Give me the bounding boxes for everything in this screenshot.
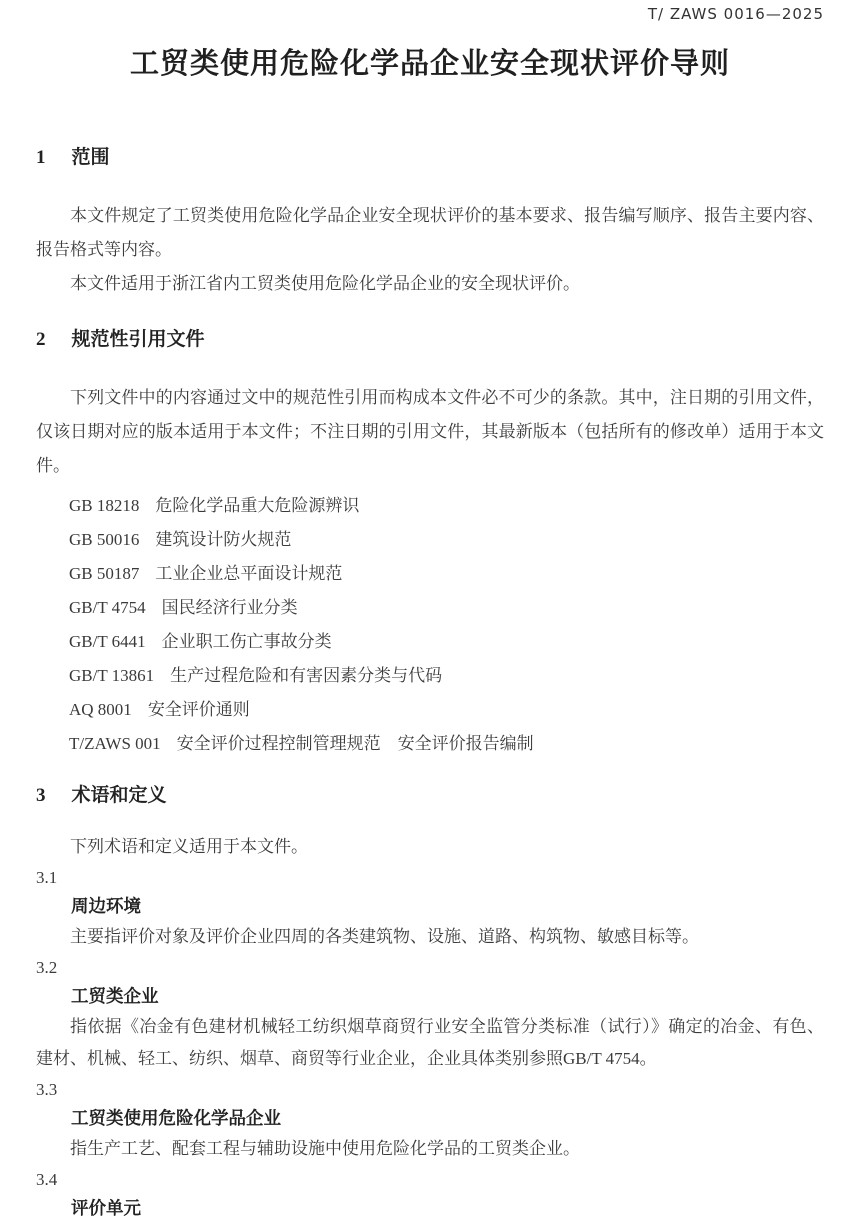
reference-title: 企业职工伤亡事故分类 [162,632,332,651]
term-block: 3.1 周边环境 主要指评价对象及评价企业四周的各类建筑物、设施、道路、构筑物、… [36,863,824,953]
section-3-heading: 3术语和定义 [36,783,824,809]
section-1-title: 范围 [72,147,110,168]
term-name: 工贸类企业 [71,982,824,1011]
reference-code: GB 50016 [69,523,139,557]
reference-item: T/ZAWS 001安全评价过程控制管理规范 安全评价报告编制 [69,727,824,761]
term-definition: 指生产工艺、配套工程与辅助设施中使用危险化学品的工贸类企业。 [36,1133,824,1165]
reference-title: 安全评价过程控制管理规范 安全评价报告编制 [177,734,534,753]
section-scope: 1范围 本文件规定了工贸类使用危险化学品企业安全现状评价的基本要求、报告编写顺序… [36,145,824,301]
section-1-heading: 1范围 [36,145,824,171]
term-definition: 主要指评价对象及评价企业四周的各类建筑物、设施、道路、构筑物、敏感目标等。 [36,921,824,953]
scope-paragraph-1: 本文件规定了工贸类使用危险化学品企业安全现状评价的基本要求、报告编写顺序、报告主… [36,199,824,267]
document-title: 工贸类使用危险化学品企业安全现状评价导则 [36,45,824,83]
reference-code: AQ 8001 [69,693,132,727]
section-2-heading: 2规范性引用文件 [36,327,824,353]
reference-item: GB/T 13861生产过程危险和有害因素分类与代码 [69,659,824,693]
reference-item: GB 50016建筑设计防火规范 [69,523,824,557]
reference-item: GB/T 6441企业职工伤亡事故分类 [69,625,824,659]
reference-list: GB 18218危险化学品重大危险源辨识 GB 50016建筑设计防火规范 GB… [36,489,824,761]
reference-title: 危险化学品重大危险源辨识 [155,496,359,515]
reference-code: GB/T 6441 [69,625,146,659]
term-definition: 指依据《冶金有色建材机械轻工纺织烟草商贸行业安全监管分类标准（试行）》确定的冶金… [36,1011,824,1075]
term-name: 周边环境 [71,892,824,921]
section-1-number: 1 [36,145,46,171]
term-number: 3.1 [36,863,824,892]
reference-code: GB/T 13861 [69,659,154,693]
section-3-number: 3 [36,783,46,809]
term-number: 3.2 [36,953,824,982]
term-name: 评价单元 [71,1194,824,1216]
reference-title: 国民经济行业分类 [162,598,298,617]
reference-title: 建筑设计防火规范 [155,530,291,549]
section-2-title: 规范性引用文件 [72,329,205,350]
standard-number: T/ ZAWS 0016—2025 [36,0,824,23]
reference-code: GB 50187 [69,557,139,591]
reference-title: 生产过程危险和有害因素分类与代码 [170,666,442,685]
reference-title: 安全评价通则 [148,700,250,719]
reference-item: AQ 8001安全评价通则 [69,693,824,727]
term-block: 3.2 工贸类企业 指依据《冶金有色建材机械轻工纺织烟草商贸行业安全监管分类标准… [36,953,824,1075]
reference-code: GB/T 4754 [69,591,146,625]
section-normative-references: 2规范性引用文件 下列文件中的内容通过文中的规范性引用而构成本文件必不可少的条款… [36,327,824,761]
term-number: 3.3 [36,1075,824,1104]
reference-item: GB 18218危险化学品重大危险源辨识 [69,489,824,523]
section-2-number: 2 [36,327,46,353]
references-intro-paragraph: 下列文件中的内容通过文中的规范性引用而构成本文件必不可少的条款。其中，注日期的引… [36,381,824,483]
reference-item: GB 50187工业企业总平面设计规范 [69,557,824,591]
section-terms-and-definitions: 3术语和定义 下列术语和定义适用于本文件。 3.1 周边环境 主要指评价对象及评… [36,783,824,1216]
term-block: 3.4 评价单元 [36,1165,824,1216]
section-3-title: 术语和定义 [72,785,167,806]
reference-title: 工业企业总平面设计规范 [155,564,342,583]
reference-code: T/ZAWS 001 [69,727,161,761]
terms-intro-paragraph: 下列术语和定义适用于本文件。 [36,831,824,863]
reference-code: GB 18218 [69,489,139,523]
reference-item: GB/T 4754国民经济行业分类 [69,591,824,625]
document-page: T/ ZAWS 0016—2025 工贸类使用危险化学品企业安全现状评价导则 1… [0,0,860,1216]
term-block: 3.3 工贸类使用危险化学品企业 指生产工艺、配套工程与辅助设施中使用危险化学品… [36,1075,824,1165]
term-name: 工贸类使用危险化学品企业 [71,1104,824,1133]
term-number: 3.4 [36,1165,824,1194]
scope-paragraph-2: 本文件适用于浙江省内工贸类使用危险化学品企业的安全现状评价。 [36,267,824,301]
